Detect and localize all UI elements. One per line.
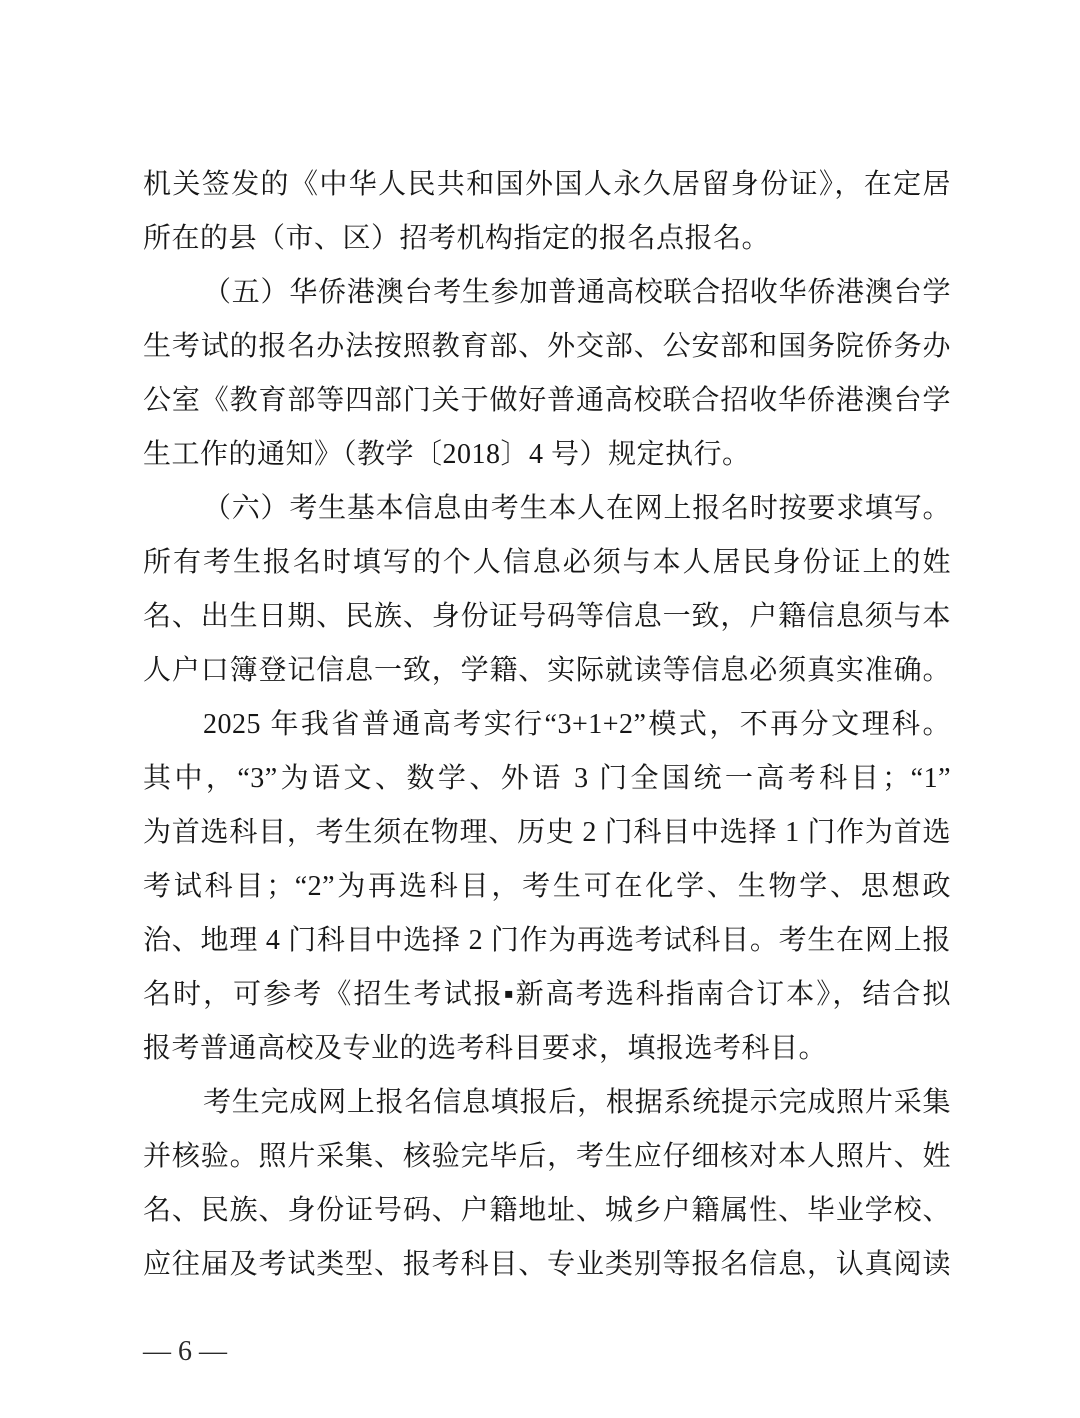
page-footer: — 6 — xyxy=(143,1330,227,1374)
document-body: 机关签发的《中华人民共和国外国人永久居留身份证》，在定居所在的县（市、区）招考机… xyxy=(143,158,951,1292)
document-page: 机关签发的《中华人民共和国外国人永久居留身份证》，在定居所在的县（市、区）招考机… xyxy=(0,0,1080,1418)
text-line: 机关签发的《中华人民共和国外国人永久居留身份证》，在定居 xyxy=(143,158,951,212)
text-line: 名、出生日期、民族、身份证号码等信息一致，户籍信息须与本 xyxy=(143,590,951,644)
text-line: 考试科目；“2”为再选科目，考生可在化学、生物学、思想政 xyxy=(143,860,951,914)
text-line: 所在的县（市、区）招考机构指定的报名点报名。 xyxy=(143,212,951,266)
text-line: 名时，可参考《招生考试报▪新高考选科指南合订本》，结合拟 xyxy=(143,968,951,1022)
text-line: 人户口簿登记信息一致，学籍、实际就读等信息必须真实准确。 xyxy=(143,644,951,698)
text-line: 为首选科目，考生须在物理、历史 2 门科目中选择 1 门作为首选 xyxy=(143,806,951,860)
text-line: 所有考生报名时填写的个人信息必须与本人居民身份证上的姓 xyxy=(143,536,951,590)
page-number: — 6 — xyxy=(143,1336,227,1367)
text-line: 生考试的报名办法按照教育部、外交部、公安部和国务院侨务办 xyxy=(143,320,951,374)
text-line: 名、民族、身份证号码、户籍地址、城乡户籍属性、毕业学校、 xyxy=(143,1184,951,1238)
text-line: 公室《教育部等四部门关于做好普通高校联合招收华侨港澳台学 xyxy=(143,374,951,428)
text-line: 2025 年我省普通高考实行“3+1+2”模式，不再分文理科。 xyxy=(143,698,951,752)
text-line: 并核验。照片采集、核验完毕后，考生应仔细核对本人照片、姓 xyxy=(143,1130,951,1184)
text-line: （六）考生基本信息由考生本人在网上报名时按要求填写。 xyxy=(143,482,951,536)
text-line: 治、地理 4 门科目中选择 2 门作为再选考试科目。考生在网上报 xyxy=(143,914,951,968)
text-line: 考生完成网上报名信息填报后，根据系统提示完成照片采集 xyxy=(143,1076,951,1130)
text-line: 生工作的通知》（教学〔2018〕4 号）规定执行。 xyxy=(143,428,951,482)
text-line: （五）华侨港澳台考生参加普通高校联合招收华侨港澳台学 xyxy=(143,266,951,320)
text-line: 应往届及考试类型、报考科目、专业类别等报名信息，认真阅读 xyxy=(143,1238,951,1292)
text-line: 报考普通高校及专业的选考科目要求，填报选考科目。 xyxy=(143,1022,951,1076)
text-line: 其中，“3”为语文、数学、外语 3 门全国统一高考科目；“1” xyxy=(143,752,951,806)
